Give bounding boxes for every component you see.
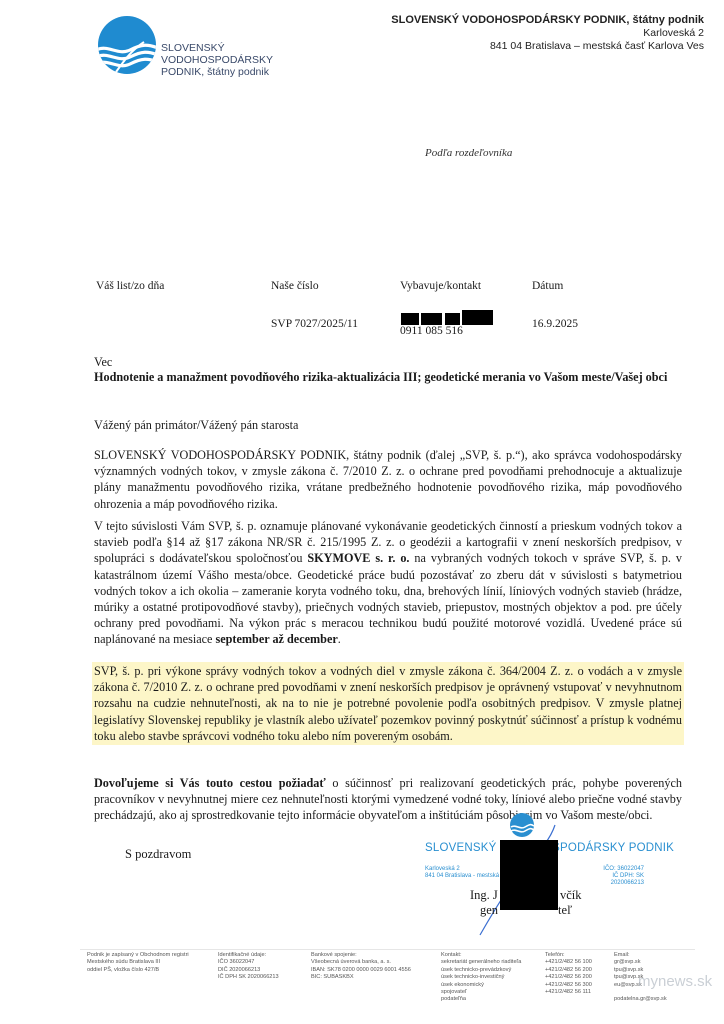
sender-address: SLOVENSKÝ VODOHOSPODÁRSKY PODNIK, štátny… <box>391 14 704 53</box>
contact-heading: Kontakt: <box>441 952 521 959</box>
date-label: Dátum <box>532 280 563 292</box>
our-number-label: Naše číslo <box>271 280 319 292</box>
contractor-name: SKYMOVE s. r. o. <box>307 551 409 565</box>
contact-line: úsek technicko-investičný <box>441 974 521 981</box>
email-heading: Email: <box>614 952 667 959</box>
bank-label: Bankové spojenie: <box>311 952 411 959</box>
logo-text: SLOVENSKÝ VODOHOSPODÁRSKY PODNIK, štátny… <box>161 42 273 78</box>
signatory-name-start: Ing. J <box>470 888 498 903</box>
contact-line: sekretariát generálneho riaditeľa <box>441 959 521 966</box>
paragraph-intro: SLOVENSKÝ VODOHOSPODÁRSKY PODNIK, štátny… <box>94 447 682 512</box>
our-number-value: SVP 7027/2025/11 <box>271 318 358 330</box>
redaction-block <box>401 313 419 325</box>
phone-line: +421/2/482 56 200 <box>545 967 592 974</box>
contact-line: spojovateľ <box>441 989 521 996</box>
paragraph-geodetic-works: V tejto súvislosti Vám SVP, š. p. oznamu… <box>94 518 682 648</box>
registry-line: Podnik je zapísaný v Obchodnom registri <box>87 952 189 959</box>
footer-divider <box>80 949 695 950</box>
work-period: september až december <box>215 632 337 646</box>
paragraph-legal-basis: SVP, š. p. pri výkone správy vodných tok… <box>92 662 684 745</box>
logo-line-2: VODOHOSPODÁRSKY <box>161 54 273 66</box>
phone-line: +421/2/482 56 200 <box>545 974 592 981</box>
bank-line: Všeobecná úverová banka, a. s. <box>311 959 411 966</box>
contact-line: úsek ekonomický <box>441 982 521 989</box>
registry-line: Mestského súdu Bratislava III <box>87 959 189 966</box>
closing: S pozdravom <box>125 847 191 862</box>
redaction-block <box>462 310 493 325</box>
ids-line: IČO 36022047 <box>218 959 279 966</box>
redaction-block <box>421 313 442 325</box>
bank-line: IBAN: SK78 0200 0000 0029 6001 4556 <box>311 967 411 974</box>
email-link[interactable]: podatelna.gr@svp.sk <box>614 996 667 1003</box>
spacer <box>614 989 667 996</box>
signatory-title-end: teľ <box>558 903 572 918</box>
stamp-ico: IČO: 36022047 <box>584 866 644 873</box>
contact-line: podateľňa <box>441 996 521 1003</box>
p2-end: . <box>338 632 341 646</box>
contact-line: úsek technicko-prevádzkový <box>441 967 521 974</box>
phone-line: +421/2/482 56 100 <box>545 959 592 966</box>
org-name: SLOVENSKÝ VODOHOSPODÁRSKY PODNIK, štátny… <box>391 14 704 27</box>
address-line-2: 841 04 Bratislava – mestská časť Karlova… <box>391 40 704 53</box>
request-bold: Dovoľujeme si Vás touto cestou požiadať <box>94 776 326 790</box>
phone-line: +421/2/482 56 300 <box>545 982 592 989</box>
footer-contacts: Kontakt: sekretariát generálneho riadite… <box>441 952 521 1004</box>
recipient-distribution: Podľa rozdeľovníka <box>425 147 512 159</box>
phone-line: +421/2/482 56 111 <box>545 989 592 996</box>
signatory-title-start: gen <box>480 903 498 918</box>
logo-line-3: PODNIK, štátny podnik <box>161 66 273 78</box>
signatory-name-end: včík <box>560 888 582 903</box>
date-value: 16.9.2025 <box>532 318 578 330</box>
phone-heading: Telefón: <box>545 952 592 959</box>
subject-title: Hodnotenie a manažment povodňového rizik… <box>94 369 682 385</box>
stamp-dic: IČ DPH: SK 2020066213 <box>584 873 644 887</box>
address-line-1: Karloveská 2 <box>391 27 704 40</box>
ids-line: IČ DPH SK 2020066213 <box>218 974 279 981</box>
bank-line: BIC: SUBASKBX <box>311 974 411 981</box>
paragraph-request: Dovoľujeme si Vás touto cestou požiadať … <box>94 775 682 824</box>
redaction-block <box>445 313 460 325</box>
p2-text-2: na vybraných vodných tokoch v správe SVP… <box>94 551 682 646</box>
footer-phones: Telefón: +421/2/482 56 100 +421/2/482 56… <box>545 952 592 996</box>
footer-registry: Podnik je zapísaný v Obchodnom registri … <box>87 952 189 974</box>
registry-line: oddiel PŠ, vložka číslo 427/B <box>87 967 189 974</box>
svp-wave-logo-icon <box>96 14 158 76</box>
email-link[interactable]: gr@svp.sk <box>614 959 667 966</box>
footer-bank: Bankové spojenie: Všeobecná úverová bank… <box>311 952 411 982</box>
contact-label: Vybavuje/kontakt <box>400 280 481 292</box>
logo-line-1: SLOVENSKÝ <box>161 42 273 54</box>
salutation: Vážený pán primátor/Vážený pán starosta <box>94 417 682 433</box>
subject-label: Vec <box>94 354 682 370</box>
signature-redaction-block <box>500 840 558 910</box>
stamp-ids: IČO: 36022047 IČ DPH: SK 2020066213 <box>584 866 644 887</box>
watermark: mynews.sk <box>638 973 712 990</box>
your-letter-label: Váš list/zo dňa <box>96 280 164 292</box>
footer-ids: Identifikačné údaje: IČO 36022047 DIČ 20… <box>218 952 279 982</box>
contact-phone: 0911 085 516 <box>400 325 463 337</box>
